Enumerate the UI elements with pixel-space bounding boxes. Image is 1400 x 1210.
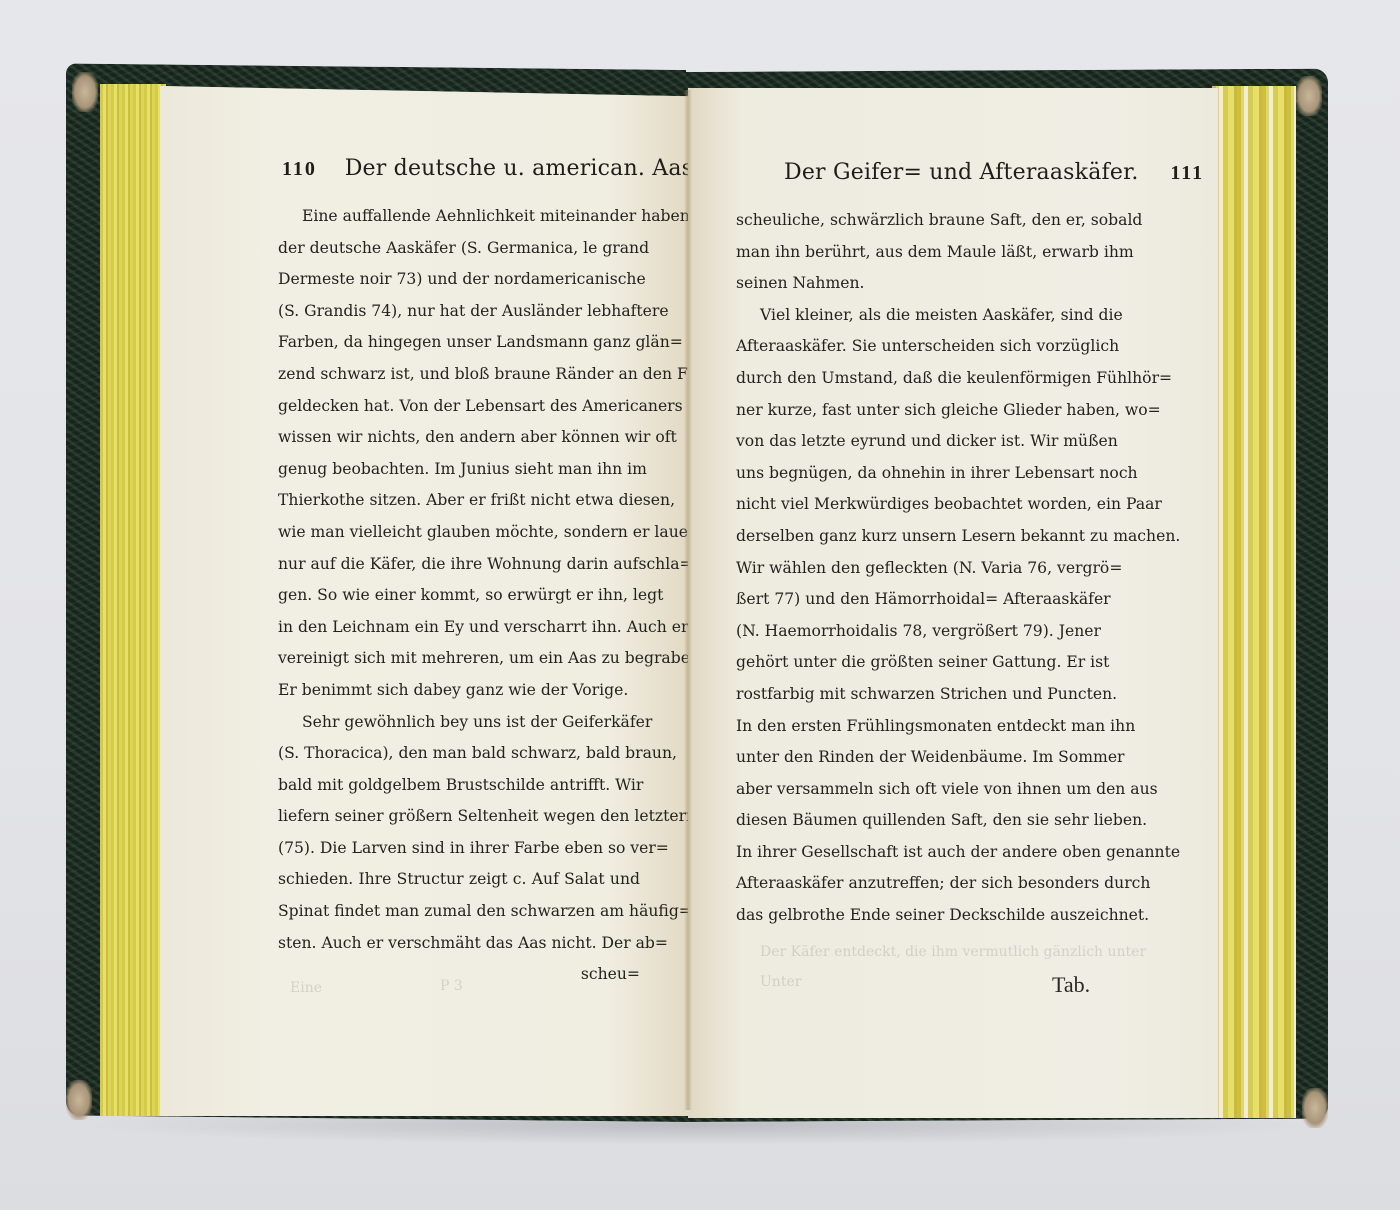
text-line: liefern seiner größern Seltenheit wegen …: [278, 801, 640, 833]
text-line: Viel kleiner, als die meisten Aaskäfer, …: [736, 300, 1096, 332]
text-line: Eine auffallende Aehnlichkeit miteinande…: [278, 201, 640, 233]
text-line: geldecken hat. Von der Lebensart des Ame…: [278, 391, 640, 423]
text-line: (S. Thoracica), den man bald schwarz, ba…: [278, 738, 640, 770]
text-line: vereinigt sich mit mehreren, um ein Aas …: [278, 643, 640, 675]
text-line: wissen wir nichts, den andern aber könne…: [278, 422, 640, 454]
text-line: sten. Auch er verschmäht das Aas nicht. …: [278, 928, 640, 960]
corner-wear-bottom-left: [66, 1080, 92, 1120]
text-line: (S. Grandis 74), nur hat der Ausländer l…: [278, 296, 640, 328]
text-line: bald mit goldgelbem Brustschilde antriff…: [278, 770, 640, 802]
right-running-title: Der Geifer= und Afteraaskäfer.: [784, 160, 1139, 185]
text-line: das gelbrothe Ende seiner Deckschilde au…: [736, 900, 1096, 932]
bleed-through-mark: Eine: [290, 980, 322, 996]
photo-scene: 110 Der deutsche u. american. Aaskäfer. …: [0, 0, 1400, 1210]
text-line: der deutsche Aaskäfer (S. Germanica, le …: [278, 233, 640, 265]
right-body-text: scheuliche, schwärzlich braune Saft, den…: [736, 205, 1096, 932]
corner-wear-top-right: [1296, 76, 1322, 116]
book-gutter: [684, 90, 692, 1110]
text-line: nur auf die Käfer, die ihre Wohnung dari…: [278, 549, 640, 581]
corner-wear-top-left: [72, 72, 98, 112]
text-line: seinen Nahmen.: [736, 268, 1096, 300]
text-line: scheuliche, schwärzlich braune Saft, den…: [736, 205, 1096, 237]
text-line: Dermeste noir 73) und der nordamericanis…: [278, 264, 640, 296]
text-line: unter den Rinden der Weidenbäume. Im Som…: [736, 742, 1096, 774]
text-line: rostfarbig mit schwarzen Strichen und Pu…: [736, 679, 1096, 711]
text-line: Sehr gewöhnlich bey uns ist der Geiferkä…: [278, 707, 640, 739]
text-line: zend schwarz ist, und bloß braune Ränder…: [278, 359, 640, 391]
text-line: Wir wählen den gefleckten (N. Varia 76, …: [736, 553, 1096, 585]
right-page-edges: [1212, 86, 1296, 1118]
text-line: In ihrer Gesellschaft ist auch der ander…: [736, 837, 1096, 869]
page-number-110: 110: [282, 158, 317, 180]
text-line: durch den Umstand, daß die keulenförmige…: [736, 363, 1096, 395]
text-line: gen. So wie einer kommt, so erwürgt er i…: [278, 580, 640, 612]
text-line: In den ersten Frühlingsmonaten entdeckt …: [736, 711, 1096, 743]
page-number-111: 111: [1170, 162, 1204, 184]
text-line: ßert 77) und den Hämorrhoidal= Afteraask…: [736, 584, 1096, 616]
text-line: aber versammeln sich oft viele von ihnen…: [736, 774, 1096, 806]
text-line: Er benimmt sich dabey ganz wie der Vorig…: [278, 675, 640, 707]
text-line: nicht viel Merkwürdiges beobachtet worde…: [736, 489, 1096, 521]
text-line: derselben ganz kurz unsern Lesern bekann…: [736, 521, 1096, 553]
text-line: man ihn berührt, aus dem Maule läßt, erw…: [736, 237, 1096, 269]
corner-wear-bottom-right: [1302, 1088, 1328, 1128]
text-line: diesen Bäumen quillenden Saft, den sie s…: [736, 805, 1096, 837]
text-line: Thierkothe sitzen. Aber er frißt nicht e…: [278, 485, 640, 517]
text-line: von das letzte eyrund und dicker ist. Wi…: [736, 426, 1096, 458]
text-line: uns begnügen, da ohnehin in ihrer Lebens…: [736, 458, 1096, 490]
bleed-through-mark: Unter: [760, 974, 801, 990]
text-line: Spinat findet man zumal den schwarzen am…: [278, 896, 640, 928]
catchword-tab: Tab.: [1052, 972, 1090, 998]
bleed-through-mark: P 3: [440, 978, 463, 994]
text-line: Farben, da hingegen unser Landsmann ganz…: [278, 327, 640, 359]
left-body-text: Eine auffallende Aehnlichkeit miteinande…: [278, 201, 640, 991]
right-running-head: Der Geifer= und Afteraaskäfer. 111: [784, 160, 1204, 185]
text-line: Afteraaskäfer. Sie unterscheiden sich vo…: [736, 331, 1096, 363]
text-line: (75). Die Larven sind in ihrer Farbe ebe…: [278, 833, 640, 865]
text-line: schieden. Ihre Structur zeigt c. Auf Sal…: [278, 864, 640, 896]
left-page-edges: [100, 84, 166, 1116]
text-line: in den Leichnam ein Ey und verscharrt ih…: [278, 612, 640, 644]
text-line: Afteraaskäfer anzutreffen; der sich beso…: [736, 868, 1096, 900]
text-line: wie man vielleicht glauben möchte, sonde…: [278, 517, 640, 549]
text-line: gehört unter die größten seiner Gattung.…: [736, 647, 1096, 679]
text-line: genug beobachten. Im Junius sieht man ih…: [278, 454, 640, 486]
text-line: ner kurze, fast unter sich gleiche Glied…: [736, 395, 1096, 427]
bleed-through-mark: Der Käfer entdeckt, die ihm vermutlich g…: [760, 944, 1146, 960]
text-line: (N. Haemorrhoidalis 78, vergrößert 79). …: [736, 616, 1096, 648]
